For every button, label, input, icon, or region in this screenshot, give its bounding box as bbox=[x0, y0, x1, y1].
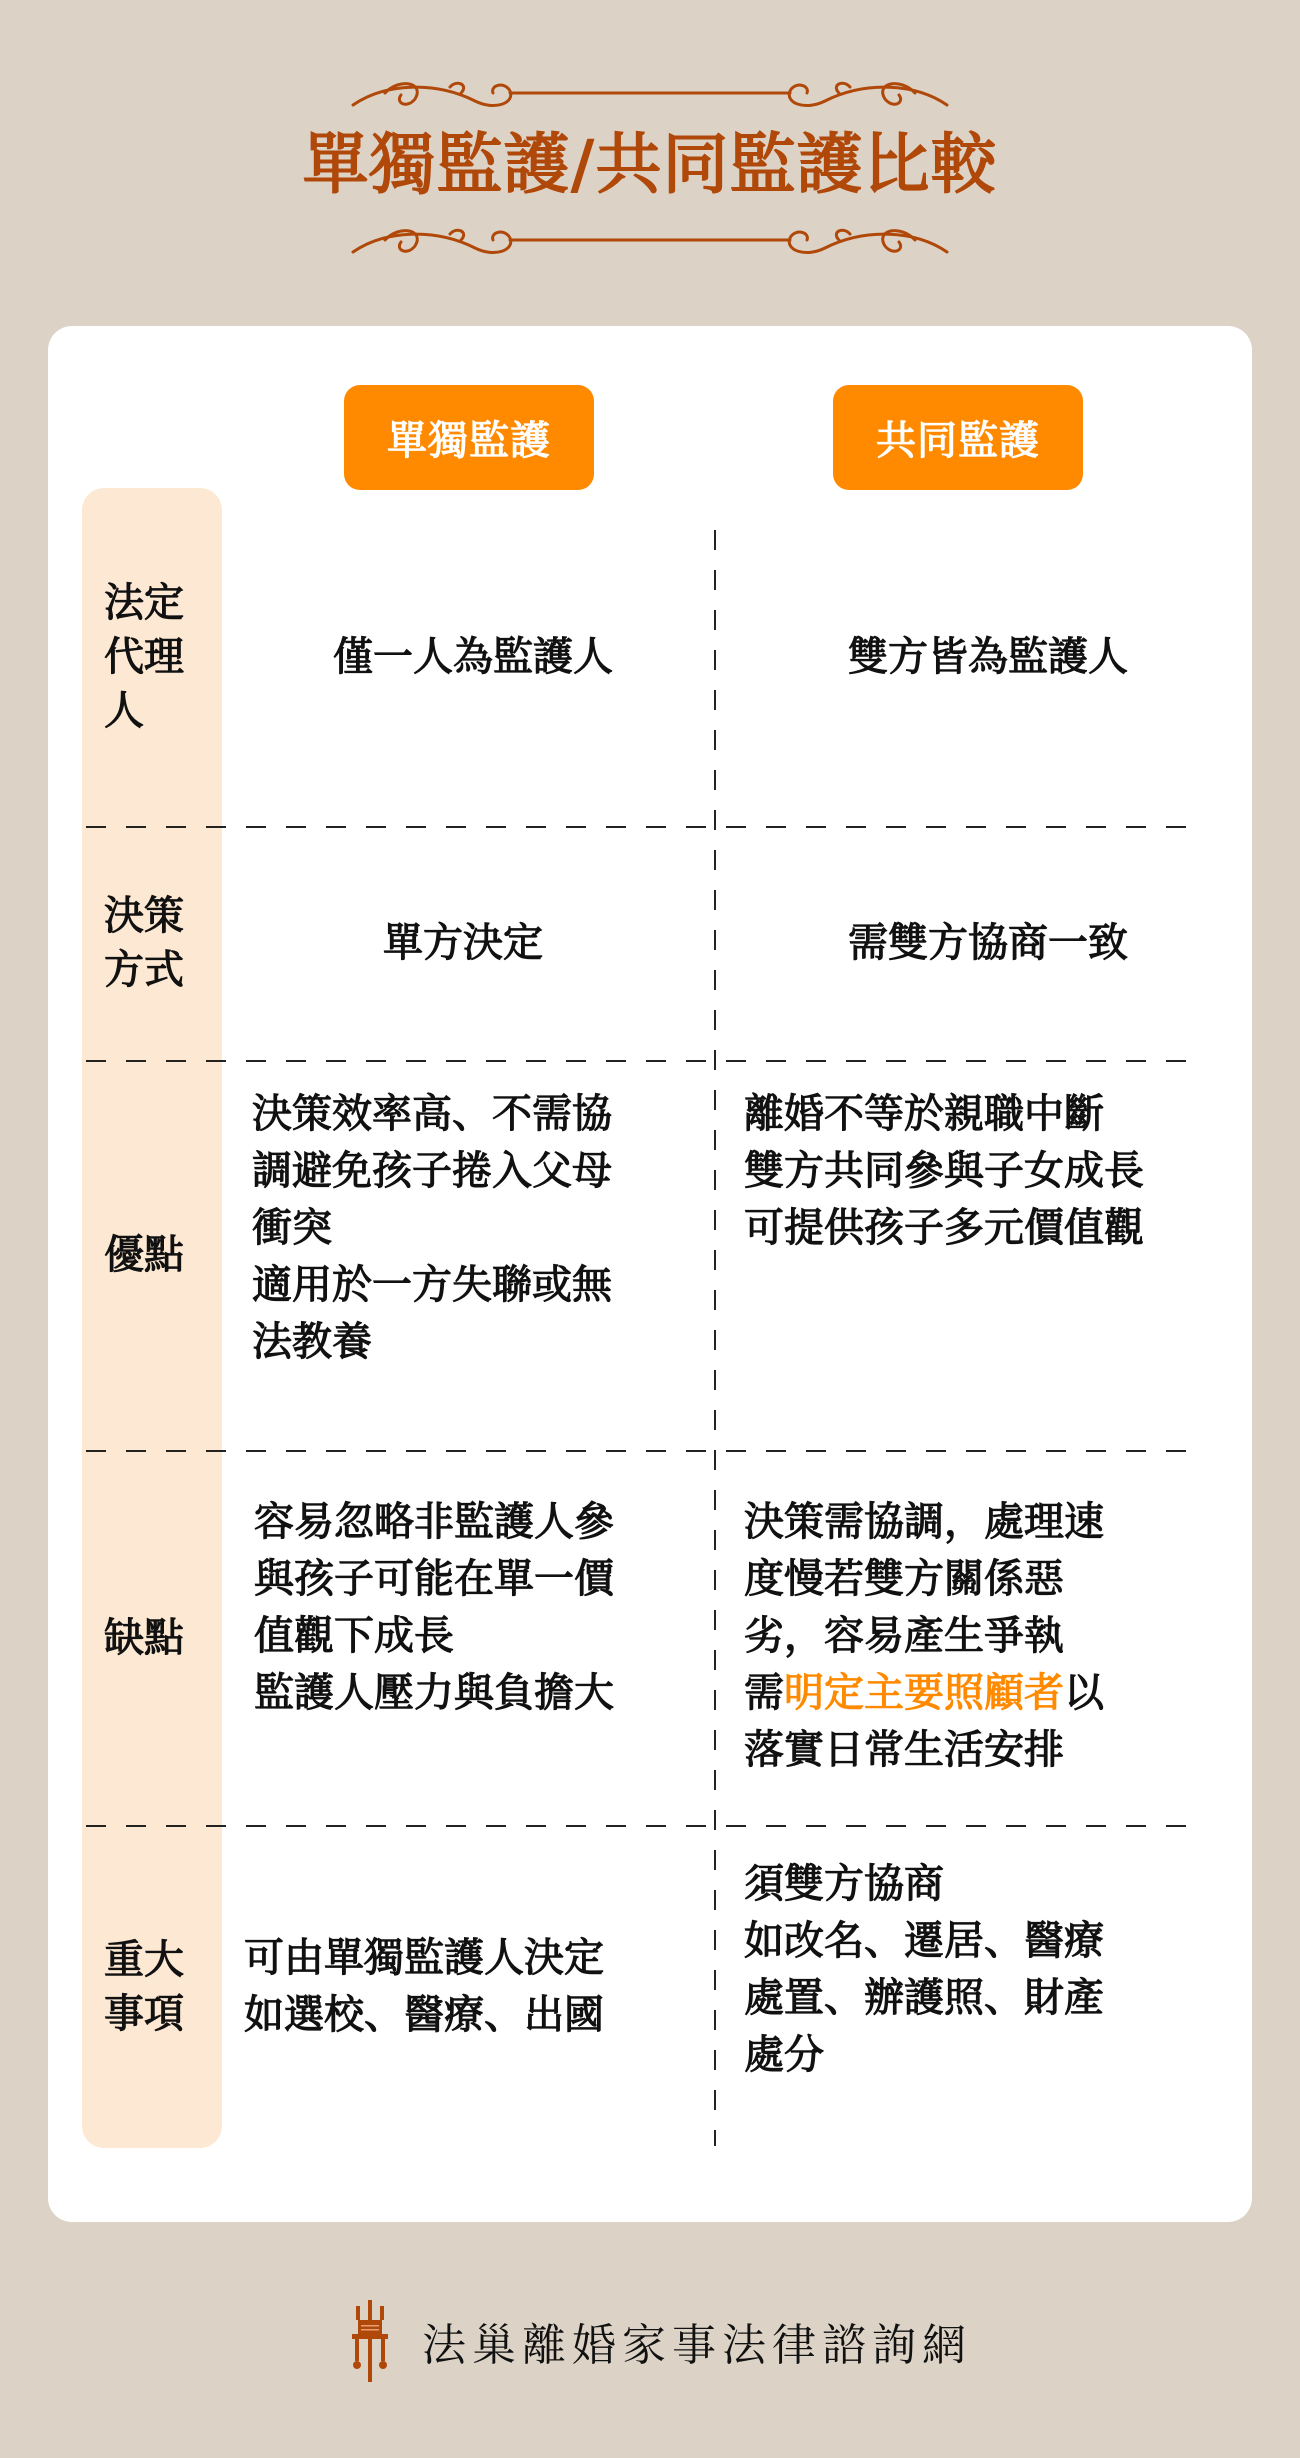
comparison-card: 單獨監護 共同監護 法定 代理 人 僅一人為監護人 雙方皆為監護人 決策 方式 … bbox=[48, 326, 1252, 2222]
highlight-primary-caregiver: 明定主要照顧者 bbox=[784, 1670, 1064, 1716]
footer-brand: 法巢離婚家事法律諮詢網 bbox=[352, 2296, 972, 2386]
row-divider bbox=[86, 1450, 1186, 1452]
brand-name: 法巢離婚家事法律諮詢網 bbox=[422, 2309, 972, 2373]
cell-joint-major-matters: 須雙方協商 如改名、遷居、醫療 處置、辦護照、財產 處分 bbox=[744, 1856, 1244, 2136]
page-title: 單獨監護/共同監護比較 bbox=[0, 122, 1300, 208]
cell-sole-advantages: 決策效率高、不需協 調避免孩子捲入父母 衝突 適用於一方失聯或無 法教養 bbox=[252, 1086, 722, 1426]
row-label-disadvantages: 缺點 bbox=[82, 1450, 222, 1825]
ornament-divider-bottom bbox=[345, 220, 955, 260]
row-label-major-matters: 重大 事項 bbox=[82, 1825, 222, 2148]
cell-sole-major-matters: 可由單獨監護人決定 如選校、醫療、出國 bbox=[244, 1825, 714, 2148]
column-header-joint-custody: 共同監護 bbox=[833, 385, 1083, 490]
cell-joint-advantages: 離婚不等於親職中斷 雙方共同參與子女成長 可提供孩子多元價值觀 bbox=[744, 1086, 1244, 1426]
row-label-legal-representative: 法定 代理 人 bbox=[82, 488, 222, 826]
row-label-advantages: 優點 bbox=[82, 1060, 222, 1450]
cell-joint-decision-method: 需雙方協商一致 bbox=[738, 826, 1238, 1060]
row-divider bbox=[86, 1060, 1186, 1062]
law-nest-logo-icon bbox=[352, 2300, 388, 2382]
row-label-decision-method: 決策 方式 bbox=[82, 826, 222, 1060]
cell-sole-disadvantages: 容易忽略非監護人參 與孩子可能在單一價 值觀下成長 監護人壓力與負擔大 bbox=[254, 1494, 724, 1794]
ornament-divider-top bbox=[345, 73, 955, 113]
column-header-sole-custody: 單獨監護 bbox=[344, 385, 594, 490]
cell-joint-disadvantages: 決策需協調，處理速 度慢若雙方關係惡 劣，容易產生爭執 需明定主要照顧者以 落實… bbox=[744, 1494, 1244, 1814]
cell-sole-legal-representative: 僅一人為監護人 bbox=[238, 488, 708, 826]
cell-sole-decision-method: 單方決定 bbox=[238, 826, 708, 1060]
cell-joint-legal-representative: 雙方皆為監護人 bbox=[738, 488, 1238, 826]
